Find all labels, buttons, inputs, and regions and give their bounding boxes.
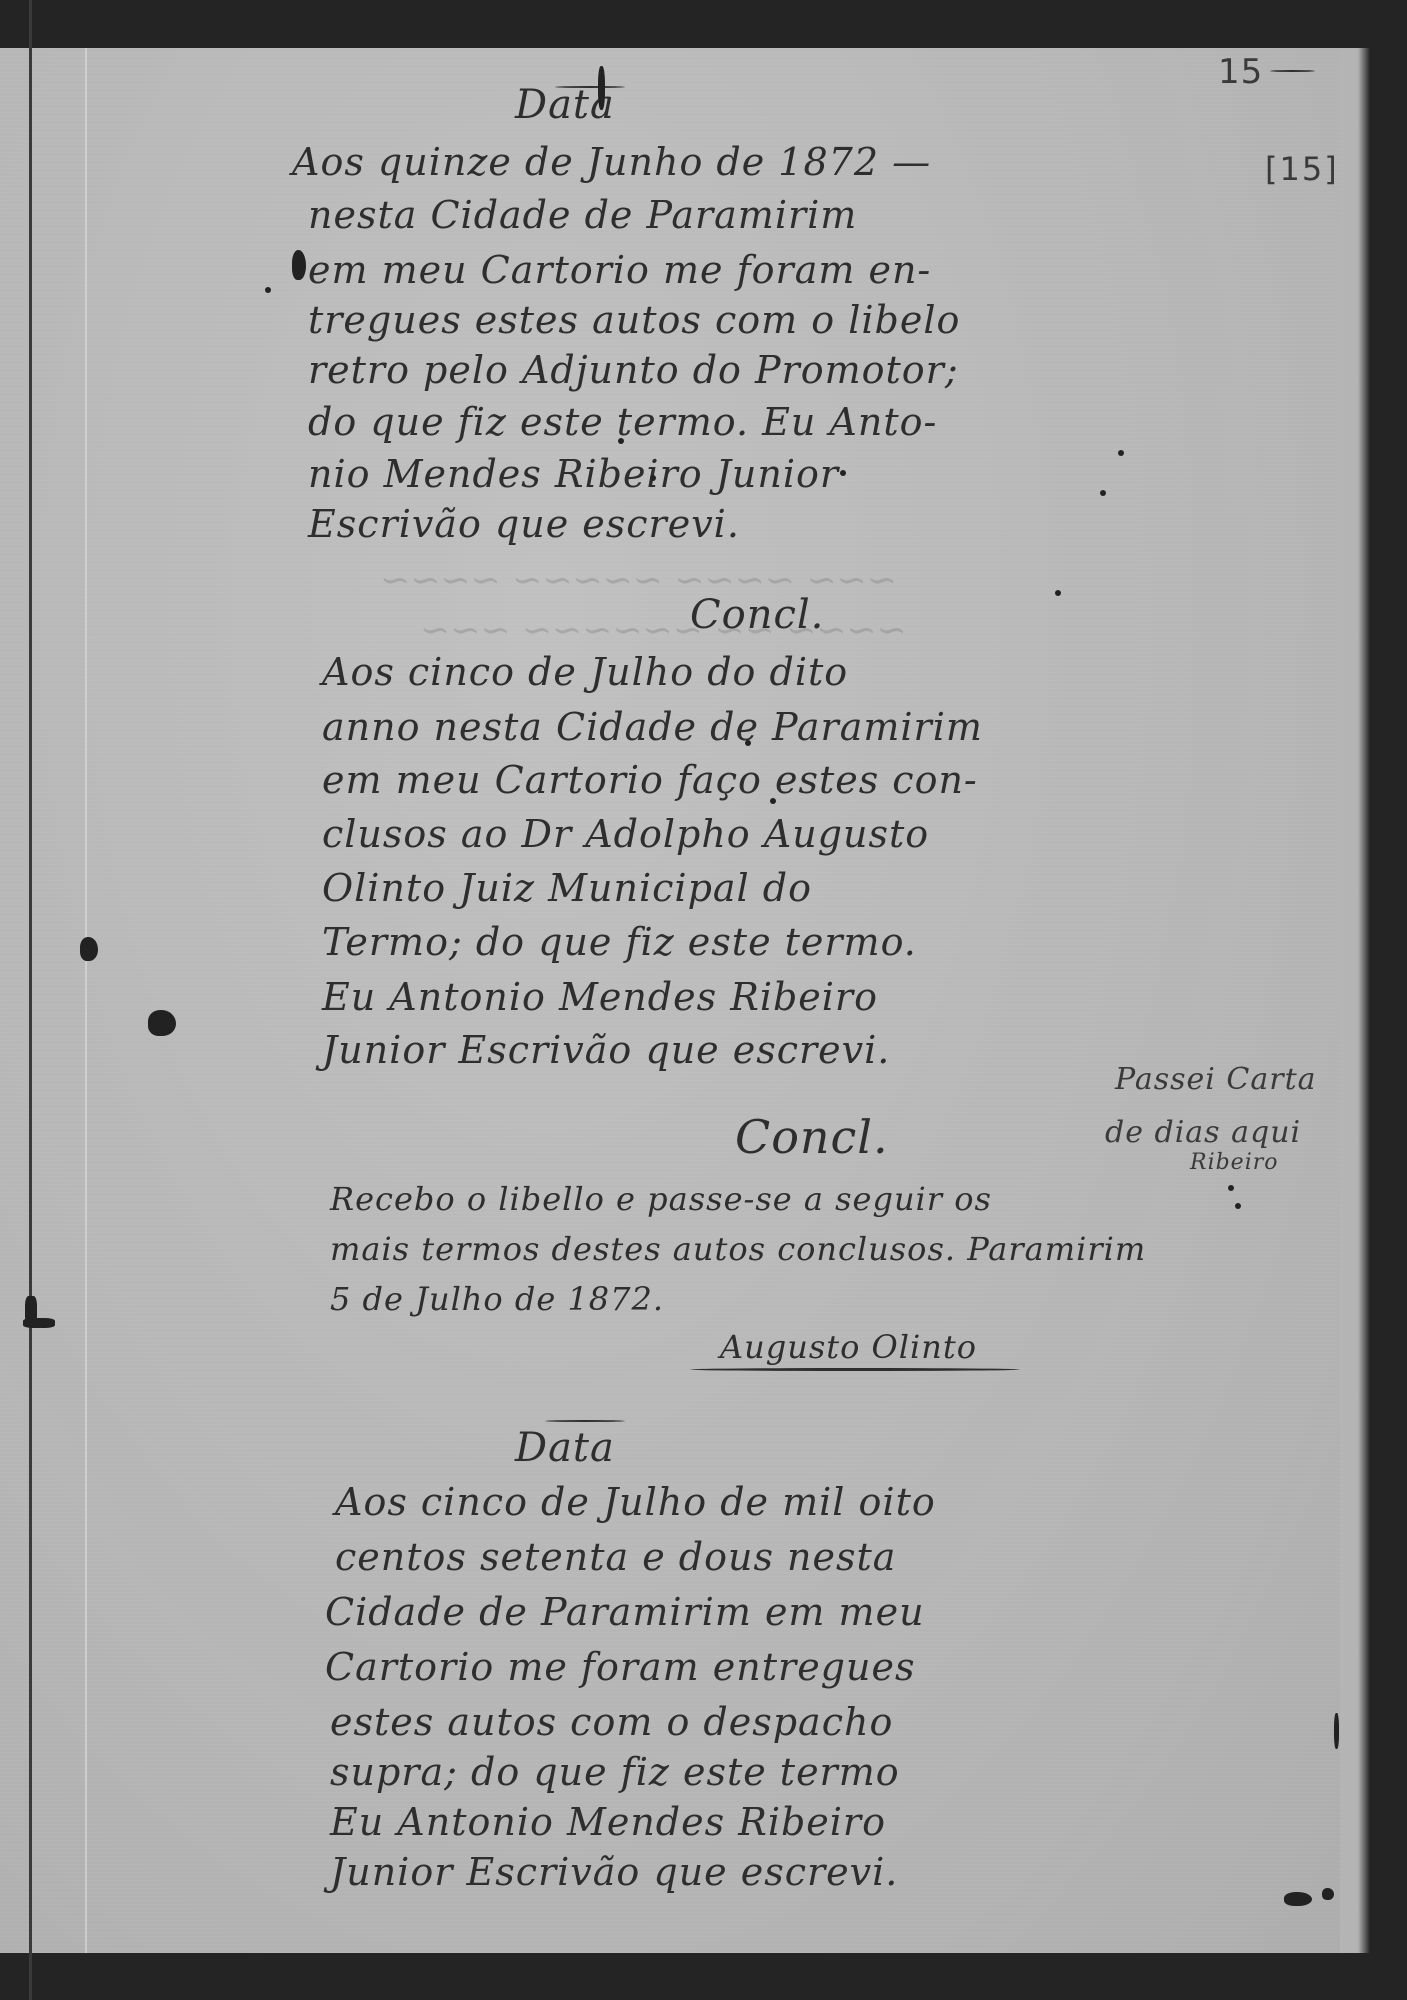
text-line: Escrivão que escrevi. — [308, 502, 740, 546]
ink-dot — [1118, 450, 1124, 456]
text-line: Aos cinco de Julho de mil oito — [335, 1480, 936, 1524]
bleed-through-text: ~~~~ ~~ ~~~~~~ ~~~ — [420, 610, 907, 651]
section-heading: Data — [515, 1425, 615, 1471]
ink-blot — [148, 1010, 176, 1036]
ink-blot — [1322, 1888, 1334, 1900]
text-line: supra; do que fiz este termo — [330, 1750, 900, 1794]
text-line: Aos quinze de Junho de 1872 — — [292, 140, 931, 184]
heading-stroke — [545, 1420, 625, 1422]
page-number-stroke — [1270, 70, 1315, 72]
judge-signature: Augusto Olinto — [720, 1328, 977, 1366]
text-line: nio Mendes Ribeiro Junior — [308, 452, 839, 496]
text-line: do que fiz este termo. Eu Anto- — [308, 400, 937, 444]
text-line: Olinto Juiz Municipal do — [322, 866, 812, 910]
text-line: Eu Antonio Mendes Ribeiro — [330, 1800, 886, 1844]
text-line: anno nesta Cidade de Paramirim — [322, 705, 983, 749]
ink-dot — [770, 798, 776, 804]
ink-dot — [618, 438, 624, 444]
ink-dot — [745, 740, 751, 746]
page-number: 15 — [1218, 52, 1263, 92]
text-line: nesta Cidade de Paramirim — [308, 193, 857, 237]
ink-dot — [840, 470, 846, 476]
page-edge — [1340, 48, 1370, 1953]
ink-blot — [1284, 1892, 1312, 1906]
heading-stroke — [555, 86, 625, 88]
ink-blot — [292, 250, 306, 280]
text-line: clusos ao Dr Adolpho Augusto — [322, 812, 929, 856]
ink-mark — [598, 66, 605, 110]
text-line: Termo; do que fiz este termo. — [322, 920, 917, 964]
text-line: 5 de Julho de 1872. — [330, 1280, 664, 1318]
text-line: Aos cinco de Julho do dito — [322, 650, 848, 694]
archive-page-number: [15] — [1265, 150, 1339, 188]
section-heading: Concl. — [735, 1110, 889, 1164]
text-line: estes autos com o despacho — [330, 1700, 893, 1744]
text-line: em meu Cartorio me foram en- — [308, 248, 931, 292]
text-line: Cartorio me foram entregues — [325, 1645, 915, 1689]
text-line: centos setenta e dous nesta — [335, 1535, 896, 1579]
text-line: tregues estes autos com o libelo — [308, 298, 960, 342]
text-line: retro pelo Adjunto do Promotor; — [308, 348, 959, 392]
text-line: Eu Antonio Mendes Ribeiro — [322, 975, 878, 1019]
ink-mark — [1334, 1713, 1339, 1749]
faint-margin-line — [85, 48, 87, 1953]
ink-dot — [1228, 1185, 1234, 1191]
margin-note-line: Ribeiro — [1190, 1150, 1279, 1175]
binding-margin-line — [29, 0, 32, 2000]
text-line: Junior Escrivão que escrevi. — [330, 1850, 898, 1894]
ink-dot — [265, 287, 271, 293]
text-line: em meu Cartorio faço estes con- — [322, 758, 978, 802]
text-line: Cidade de Paramirim em meu — [325, 1590, 925, 1634]
binding-pin-mark — [23, 1318, 55, 1328]
text-line: Junior Escrivão que escrevi. — [322, 1028, 890, 1072]
ink-dot — [1100, 490, 1106, 496]
ink-dot — [1055, 590, 1061, 596]
ink-dot — [650, 475, 656, 481]
section-heading: Concl. — [690, 592, 824, 638]
ink-blot — [80, 937, 98, 961]
text-line: mais termos destes autos conclusos. Para… — [330, 1230, 1146, 1268]
text-line: Recebo o libello e passe-se a seguir os — [330, 1180, 992, 1218]
signature-flourish — [690, 1368, 1020, 1371]
margin-note-line: de dias aqui — [1105, 1115, 1301, 1150]
ink-dot — [1235, 1203, 1241, 1209]
margin-note-line: Passei Carta — [1115, 1062, 1317, 1097]
